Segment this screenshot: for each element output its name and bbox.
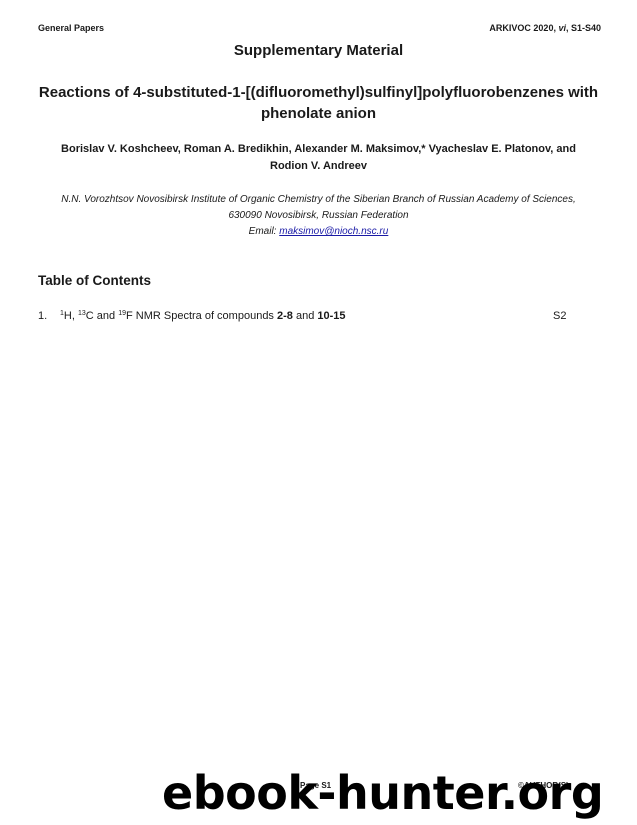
text: F NMR Spectra of compounds — [126, 310, 277, 322]
authors-line-1: Borislav V. Koshcheev, Roman A. Bredikhi… — [40, 141, 597, 158]
toc-item-title: 1H, 13C and 19F NMR Spectra of compounds… — [60, 310, 346, 322]
watermark: ebook-hunter.org — [162, 763, 603, 823]
running-header-right: ARKIVOC 2020, vi, S1-S40 — [489, 23, 601, 33]
author-list: Borislav V. Koshcheev, Roman A. Bredikhi… — [40, 141, 597, 175]
affiliation-line-2: 630090 Novosibirsk, Russian Federation — [30, 208, 607, 224]
supplementary-label: Supplementary Material — [0, 42, 637, 59]
affiliation-line-1: N.N. Vorozhtsov Novosibirsk Institute of… — [30, 192, 607, 208]
journal-pages: , S1-S40 — [566, 23, 601, 33]
title-line-2: phenolate anion — [30, 103, 607, 124]
affiliation: N.N. Vorozhtsov Novosibirsk Institute of… — [30, 192, 607, 240]
text: and — [293, 310, 317, 322]
toc-heading: Table of Contents — [38, 273, 151, 288]
authors-line-2: Rodion V. Andreev — [40, 158, 597, 175]
toc-item-number: 1. — [38, 310, 47, 322]
journal-volume: vi — [558, 23, 566, 33]
running-header-left: General Papers — [38, 23, 104, 33]
toc-item-page: S2 — [553, 310, 566, 322]
text: C and — [86, 310, 118, 322]
title-line-1: Reactions of 4-substituted-1-[(difluorom… — [30, 82, 607, 103]
email-line: Email: maksimov@nioch.nsc.ru — [30, 224, 607, 240]
email-link[interactable]: maksimov@nioch.nsc.ru — [279, 226, 388, 237]
text: H, — [64, 310, 78, 322]
paper-title: Reactions of 4-substituted-1-[(difluorom… — [30, 82, 607, 124]
superscript: 19 — [118, 310, 126, 317]
journal-citation: ARKIVOC 2020, — [489, 23, 558, 33]
email-label: Email: — [249, 226, 280, 237]
compound-range: 10-15 — [317, 310, 345, 322]
compound-range: 2-8 — [277, 310, 293, 322]
superscript: 13 — [78, 310, 86, 317]
